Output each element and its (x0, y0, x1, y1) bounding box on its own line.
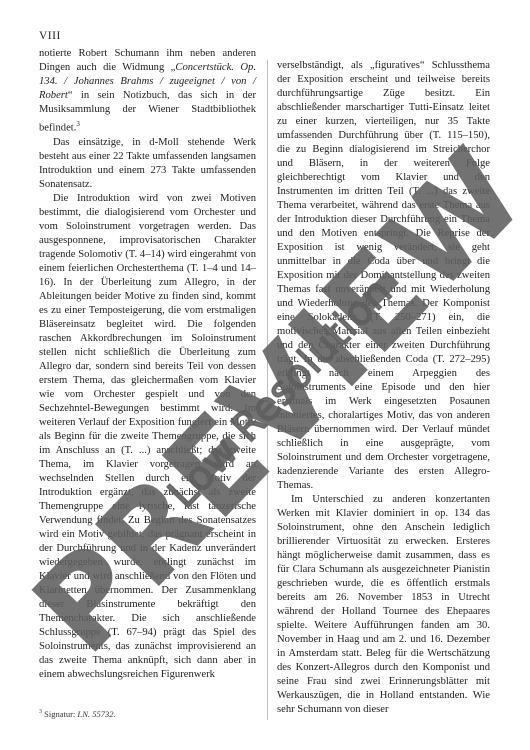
page-number: VIII (39, 30, 61, 42)
left-column: notierte Robert Schumann ihm neben ander… (39, 47, 256, 682)
column-divider (267, 60, 268, 720)
right-column: verselbständigt, als „figuratives“ Schlu… (277, 59, 490, 717)
footnote: 3 Signatur: I.N. 55732. (39, 709, 116, 719)
paragraph-dedication: notierte Robert Schumann ihm neben ander… (39, 47, 256, 136)
paragraph-comparison: Im Unterschied zu anderen konzertanten W… (277, 493, 490, 717)
paragraph-structure: Das einsätzige, in d-Moll stehende Werk … (39, 136, 256, 192)
paragraph-exposition: verselbständigt, als „figuratives“ Schlu… (277, 59, 490, 493)
paragraph-introduktion: Die Introduktion wird von zwei Motiven b… (39, 192, 256, 682)
footnote-marker[interactable]: 3 (76, 120, 80, 128)
